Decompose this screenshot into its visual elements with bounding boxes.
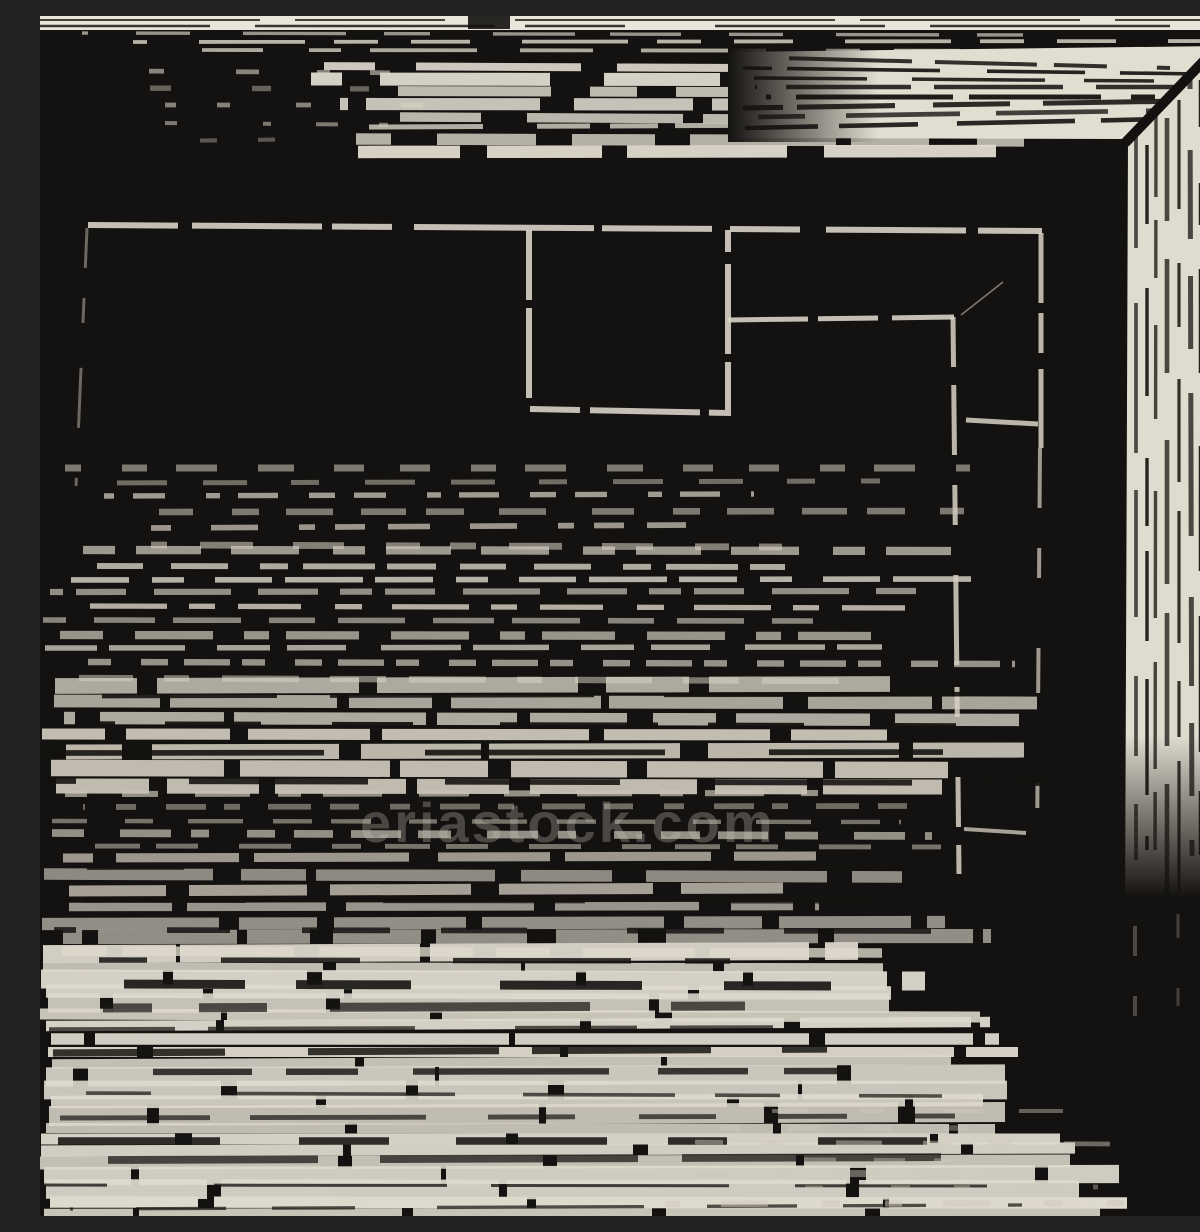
wedge-blend xyxy=(728,44,878,142)
texture-stroke xyxy=(44,752,1012,753)
texture-stroke xyxy=(54,930,941,931)
watermark-text: eriastock.com xyxy=(360,791,776,854)
texture-stroke xyxy=(71,606,926,608)
texture-stroke xyxy=(335,151,1025,152)
texture-stroke xyxy=(46,1189,1079,1190)
texture-stroke xyxy=(108,1157,981,1160)
texture-stroke xyxy=(63,856,816,858)
texture-stroke xyxy=(41,1148,1075,1151)
texture-stroke xyxy=(43,951,858,954)
texture-stroke xyxy=(50,591,916,592)
top-ink-blob xyxy=(468,16,510,29)
woodcut-canvas: eriastock.com xyxy=(40,16,1200,1216)
texture-stroke xyxy=(53,1049,827,1053)
texture-stroke xyxy=(44,1212,1100,1214)
texture-stroke xyxy=(46,1128,995,1129)
texture-stroke xyxy=(666,1203,1128,1204)
texture-stroke xyxy=(52,1060,951,1064)
woodcut-print: eriastock.com xyxy=(40,16,1200,1216)
texture-stroke xyxy=(51,1100,983,1102)
texture-stroke xyxy=(60,1116,955,1118)
texture-stroke xyxy=(102,694,1044,696)
texture-stroke xyxy=(40,1014,980,1017)
texture-stroke xyxy=(46,991,891,993)
door-lintel-line xyxy=(728,317,954,320)
texture-stroke xyxy=(55,684,890,686)
texture-stroke xyxy=(46,1022,990,1026)
texture-stroke xyxy=(42,922,945,924)
top-paper-strip xyxy=(40,16,1200,30)
texture-stroke xyxy=(49,781,1044,783)
texture-stroke xyxy=(54,701,1037,703)
texture-stroke xyxy=(86,1071,848,1072)
right-frame-fade xyxy=(1122,736,1200,926)
texture-stroke xyxy=(42,734,887,735)
texture-stroke xyxy=(44,874,902,877)
texture-stroke xyxy=(151,525,686,528)
texture-stroke xyxy=(83,901,921,902)
texture-stroke xyxy=(43,967,883,968)
